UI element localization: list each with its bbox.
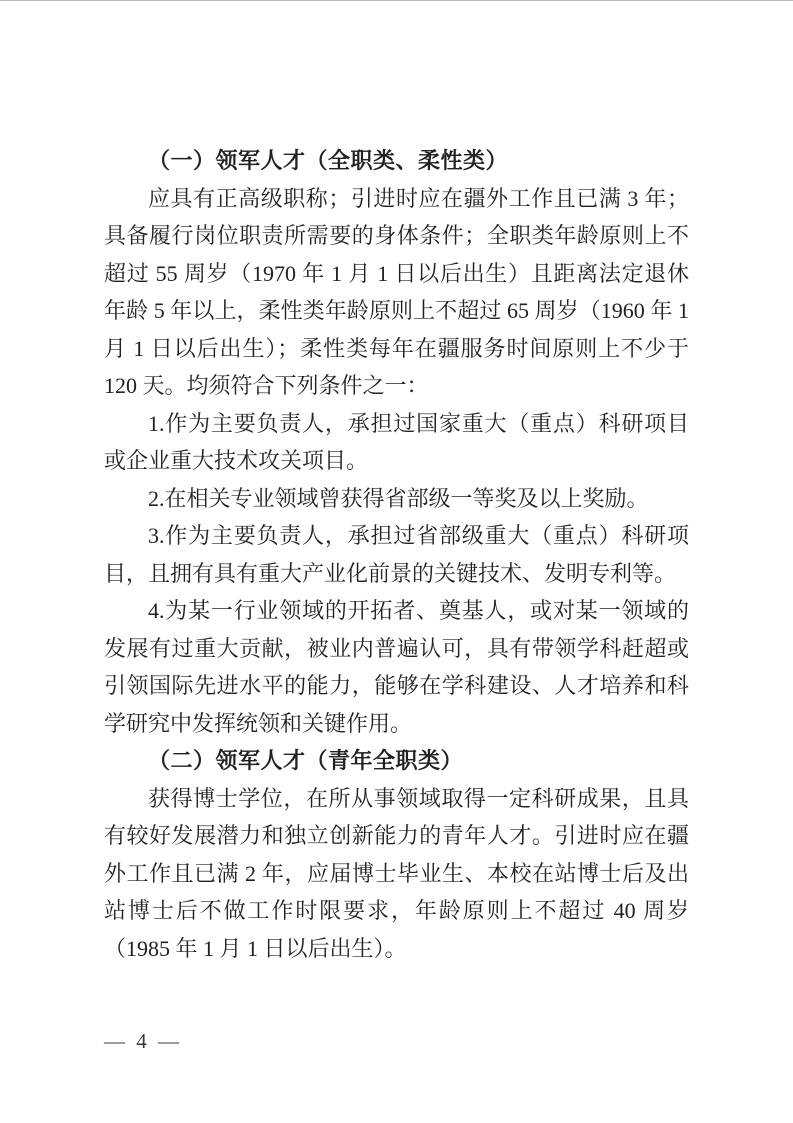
document-body: （一）领军人才（全职类、柔性类） 应具有正高级职称；引进时应在疆外工作且已满 3… (104, 142, 689, 967)
document-page: （一）领军人才（全职类、柔性类） 应具有正高级职称；引进时应在疆外工作且已满 3… (0, 0, 793, 1123)
section-2-paragraph: 获得博士学位，在所从事领域取得一定科研成果，且具有较好发展潜力和独立创新能力的青… (104, 780, 689, 968)
condition-item-3: 3.作为主要负责人，承担过省部级重大（重点）科研项目，且拥有具有重大产业化前景的… (104, 517, 689, 592)
section-2-heading: （二）领军人才（青年全职类） (104, 742, 689, 780)
section-1-heading: （一）领军人才（全职类、柔性类） (104, 142, 689, 180)
condition-item-2: 2.在相关专业领域曾获得省部级一等奖及以上奖励。 (104, 480, 689, 518)
condition-item-4: 4.为某一行业领域的开拓者、奠基人，或对某一领域的发展有过重大贡献，被业内普遍认… (104, 592, 689, 742)
condition-item-1: 1.作为主要负责人，承担过国家重大（重点）科研项目或企业重大技术攻关项目。 (104, 405, 689, 480)
page-number: — 4 — (104, 1027, 182, 1055)
section-1-intro-paragraph: 应具有正高级职称；引进时应在疆外工作且已满 3 年；具备履行岗位职责所需要的身体… (104, 180, 689, 405)
